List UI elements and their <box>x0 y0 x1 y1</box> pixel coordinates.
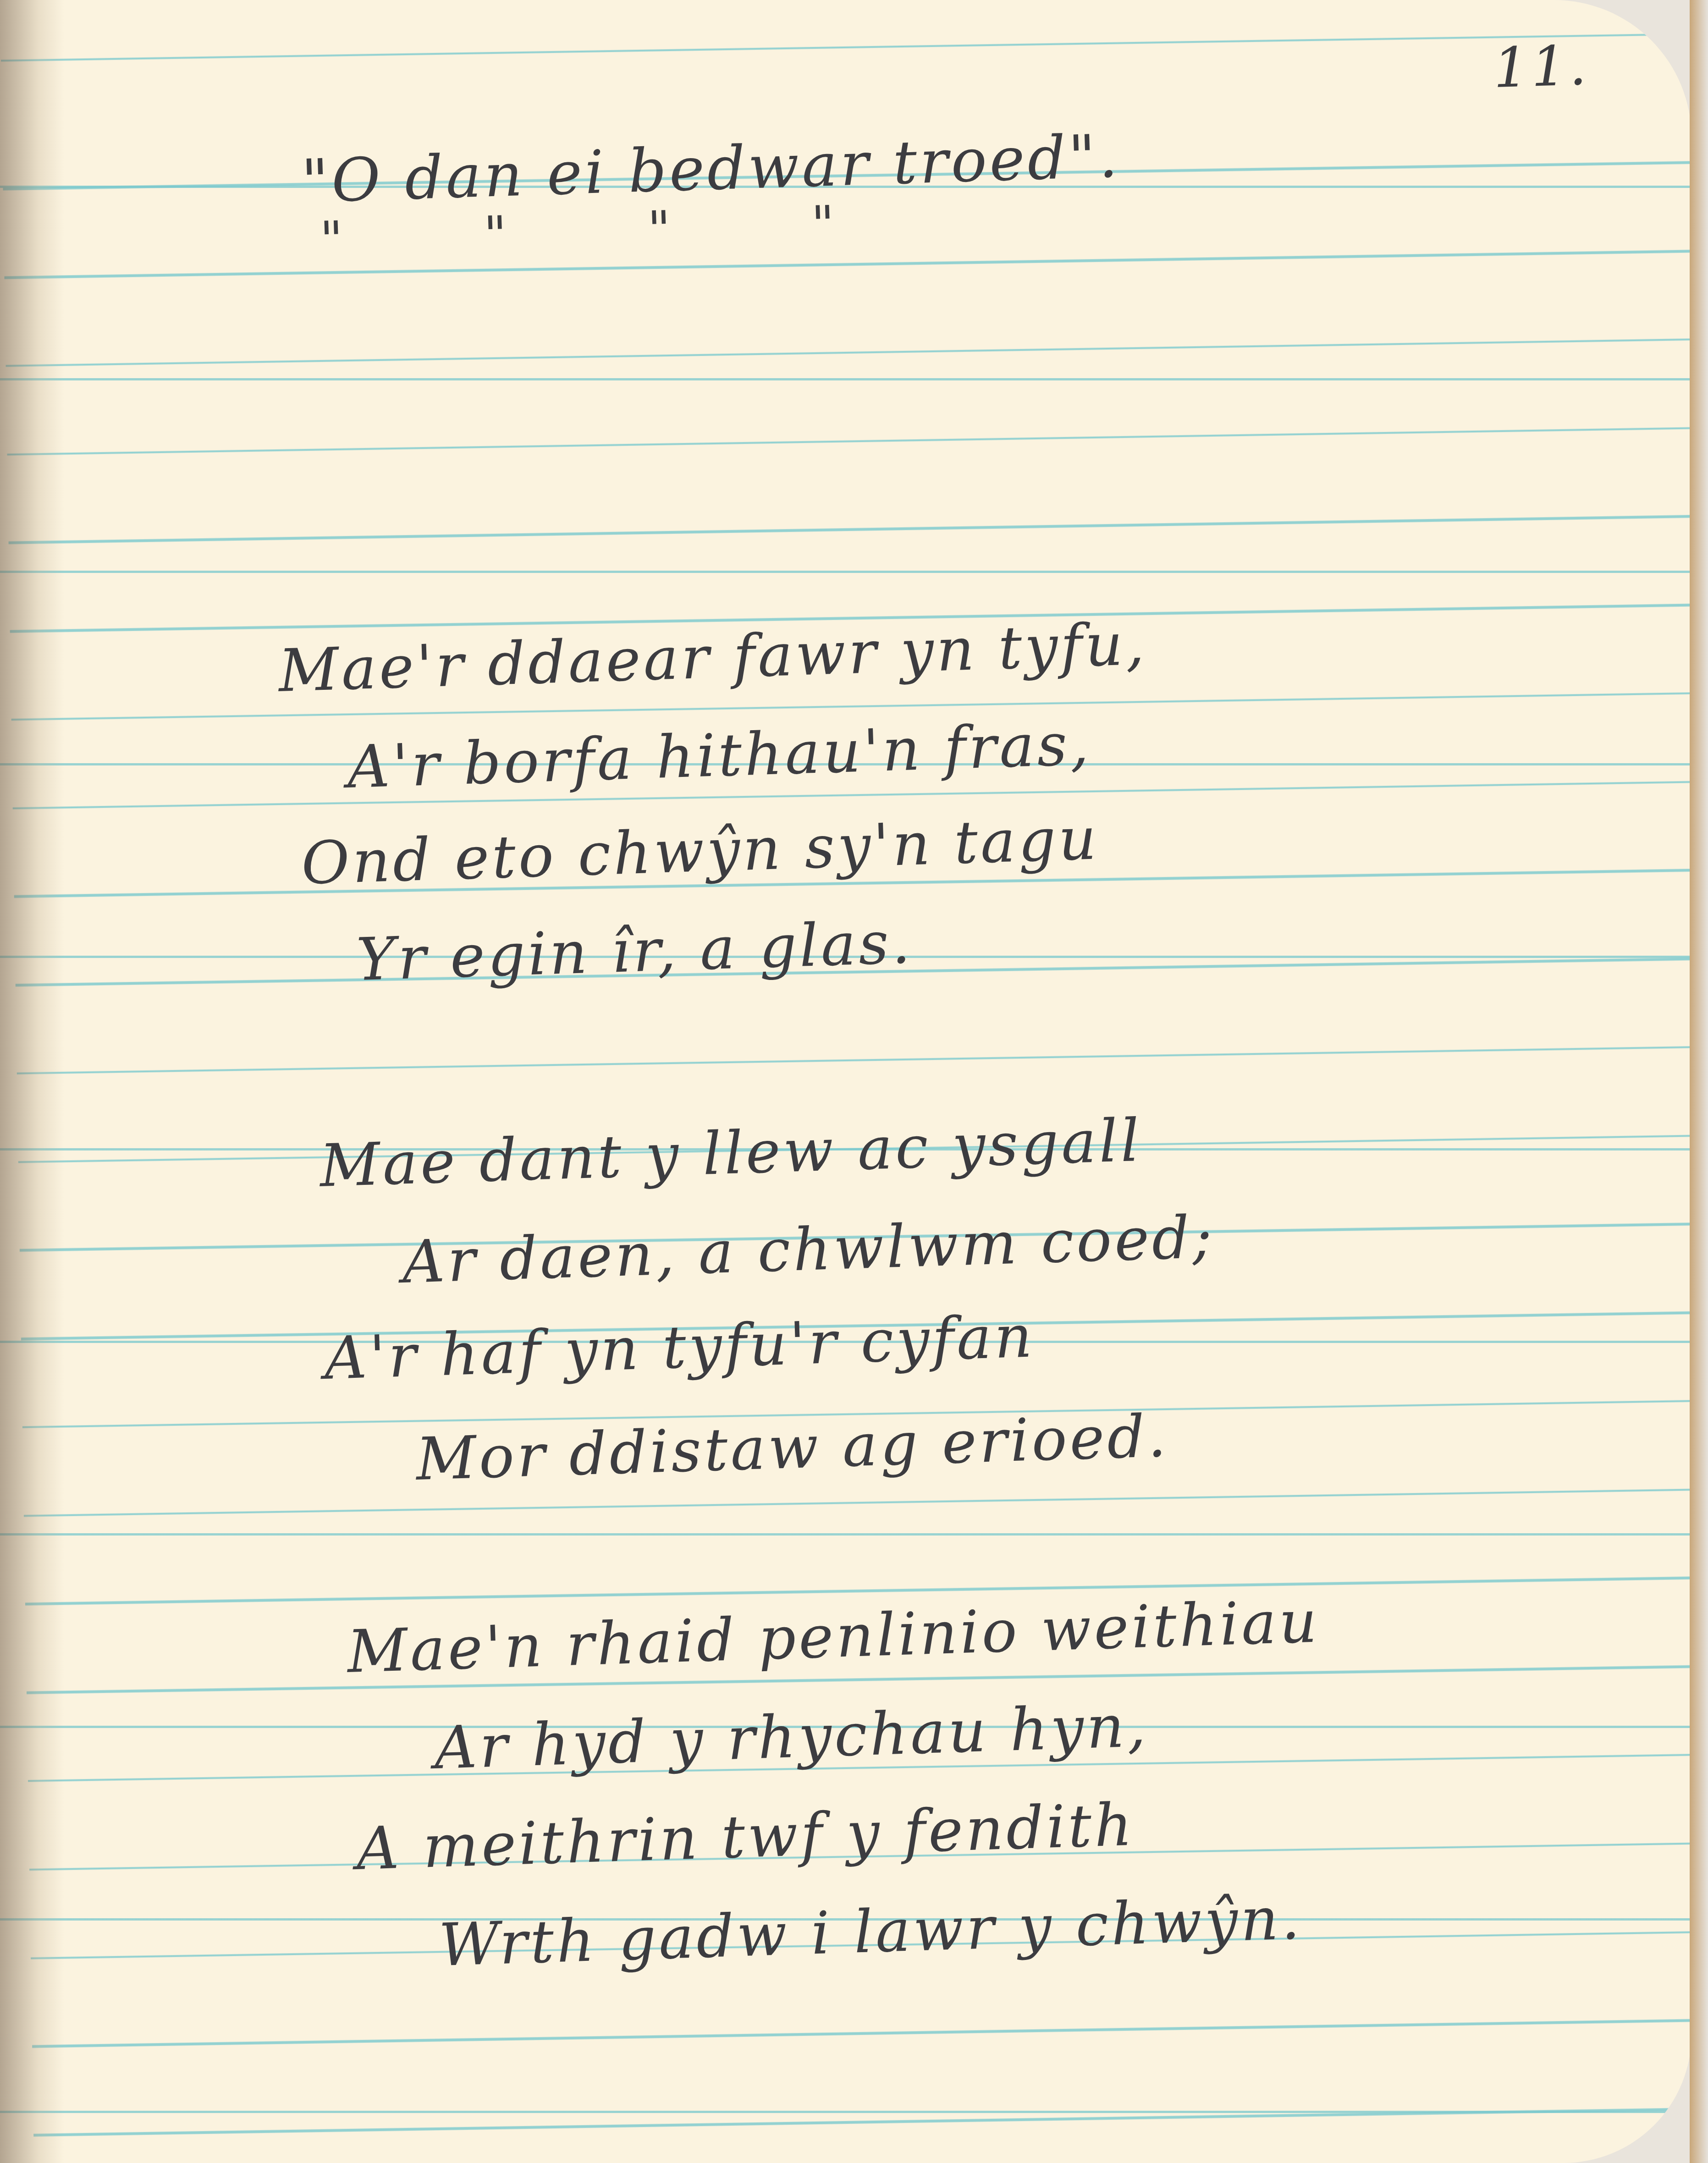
page-edge <box>1690 0 1708 2163</box>
page-number: 11. <box>1493 34 1590 100</box>
binding-gutter <box>0 0 64 2163</box>
notebook-page: 11. "O dan ei bedwar troed". " " " " Mae… <box>0 0 1691 2163</box>
